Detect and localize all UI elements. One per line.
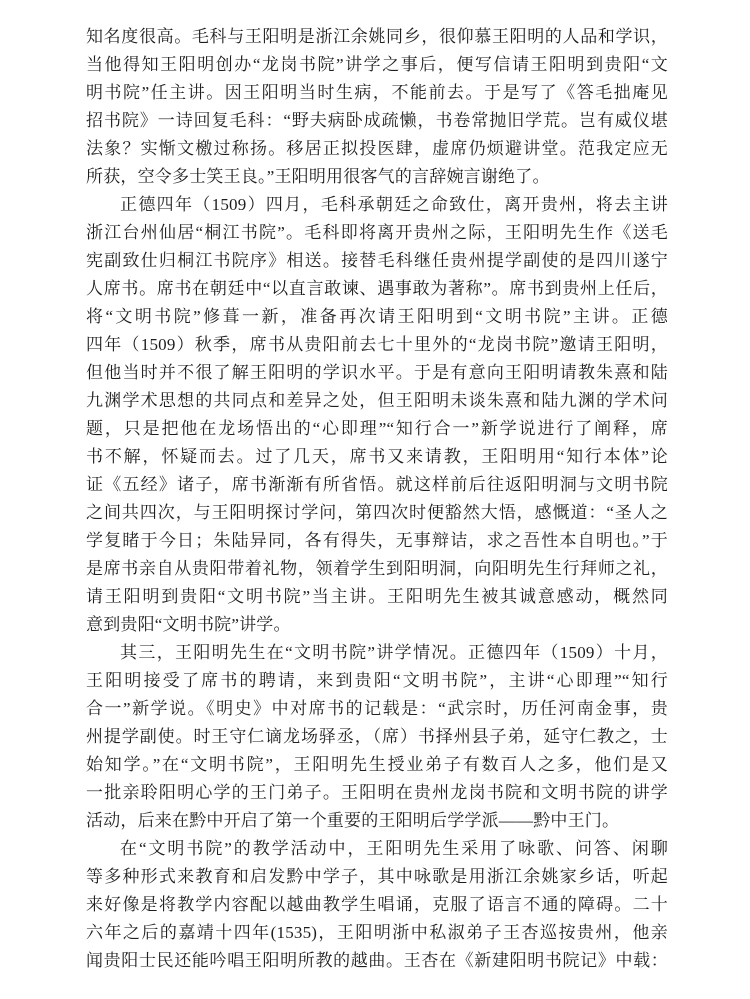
- paragraph: 正德四年（1509）四月，毛科承朝廷之命致仕，离开贵州，将去主讲浙江台州仙居“桐…: [86, 191, 668, 639]
- text-line: 法象？实惭文檄过称扬。移居正拟投医肆，虚席仍烦避讲堂。范我定应无: [86, 135, 668, 163]
- text-line: 正德四年（1509）四月，毛科承朝廷之命致仕，离开贵州，将去主讲: [86, 191, 668, 219]
- text-line: 等多种形式来教育和启发黔中学子，其中咏歌是用浙江余姚家乡话，听起: [86, 863, 668, 891]
- document-page: 知名度很高。毛科与王阳明是浙江余姚同乡，很仰慕王阳明的人品和学识，当他得知王阳明…: [0, 0, 750, 999]
- text-line: 四年（1509）秋季，席书从贵阳前去七十里外的“龙岗书院”邀请王阳明，: [86, 331, 668, 359]
- text-line: 请王阳明到贵阳“文明书院”当主讲。王阳明先生被其诚意感动，概然同: [86, 583, 668, 611]
- paragraph: 其三，王阳明先生在“文明书院”讲学情况。正德四年（1509）十月，王阳明接受了席…: [86, 639, 668, 835]
- text-line: 将“文明书院”修葺一新，准备再次请王阳明到“文明书院”主讲。正德: [86, 303, 668, 331]
- text-line: 活动，后来在黔中开启了第一个重要的王阳明后学学派——黔中王门。: [86, 807, 668, 835]
- text-line: 一批亲聆阳明心学的王门弟子。王阳明在贵州龙岗书院和文明书院的讲学: [86, 779, 668, 807]
- text-line: 九渊学术思想的共同点和差异之处，但王阳明未谈朱熹和陆九渊的学术问: [86, 387, 668, 415]
- text-line: 所获，空令多士笑王良。”王阳明用很客气的言辞婉言谢绝了。: [86, 163, 668, 191]
- text-line: 来好像是将教学内容配以越曲教学生唱诵，克服了语言不通的障碍。二十: [86, 891, 668, 919]
- text-line: 闻贵阳士民还能吟唱王阳明所教的越曲。王杏在《新建阳明书院记》中载：: [86, 947, 668, 975]
- text-line: 浙江台州仙居“桐江书院”。毛科即将离开贵州之际，王阳明先生作《送毛: [86, 219, 668, 247]
- text-line: 王阳明接受了席书的聘请，来到贵阳“文明书院”，主讲“心即理”“知行: [86, 667, 668, 695]
- text-line: 但他当时并不很了解王阳明的学识水平。于是有意向王阳明请教朱熹和陆: [86, 359, 668, 387]
- text-line: 题，只是把他在龙场悟出的“心即理”“知行合一”新学说进行了阐释，席: [86, 415, 668, 443]
- text-line: 学复睹于今日；朱陆异同，各有得失，无事辩诘，求之吾性本自明也。”于: [86, 527, 668, 555]
- text-line: 招书院》一诗回复毛科：“野夫病卧成疏懒，书卷常抛旧学荒。岂有威仪堪: [86, 107, 668, 135]
- text-line: 六年之后的嘉靖十四年(1535)，王阳明浙中私淑弟子王杏巡按贵州，他亲: [86, 919, 668, 947]
- paragraph: 在“文明书院”的教学活动中，王阳明先生采用了咏歌、问答、闲聊等多种形式来教育和启…: [86, 835, 668, 975]
- text-line: 证《五经》诸子，席书渐渐有所省悟。就这样前后往返阳明洞与文明书院: [86, 471, 668, 499]
- text-line: 始知学。”在“文明书院”，王阳明先生授业弟子有数百人之多，他们是又: [86, 751, 668, 779]
- document-body: 知名度很高。毛科与王阳明是浙江余姚同乡，很仰慕王阳明的人品和学识，当他得知王阳明…: [86, 23, 668, 975]
- text-line: 人席书。席书在朝廷中“以直言敢谏、遇事敢为著称”。席书到贵州上任后，: [86, 275, 668, 303]
- text-line: 宪副致仕归桐江书院序》相送。接替毛科继任贵州提学副使的是四川遂宁: [86, 247, 668, 275]
- text-line: 当他得知王阳明创办“龙岗书院”讲学之事后，便写信请王阳明到贵阳“文: [86, 51, 668, 79]
- text-line: 州提学副使。时王守仁谪龙场驿丞，（席）书择州县子弟，延守仁教之，士: [86, 723, 668, 751]
- paragraph: 知名度很高。毛科与王阳明是浙江余姚同乡，很仰慕王阳明的人品和学识，当他得知王阳明…: [86, 23, 668, 191]
- text-line: 书不解，怀疑而去。过了几天，席书又来请教，王阳明用“知行本体”论: [86, 443, 668, 471]
- text-line: 在“文明书院”的教学活动中，王阳明先生采用了咏歌、问答、闲聊: [86, 835, 668, 863]
- text-line: 意到贵阳“文明书院”讲学。: [86, 611, 668, 639]
- text-line: 明书院”任主讲。因王阳明当时生病，不能前去。于是写了《答毛拙庵见: [86, 79, 668, 107]
- text-line: 合一”新学说。《明史》中对席书的记载是：“武宗时，历任河南金事，贵: [86, 695, 668, 723]
- text-line: 是席书亲自从贵阳带着礼物，领着学生到阳明洞，向阳明先生行拜师之礼，: [86, 555, 668, 583]
- text-line: 其三，王阳明先生在“文明书院”讲学情况。正德四年（1509）十月，: [86, 639, 668, 667]
- text-line: 之间共四次，与王阳明探讨学问，第四次时便豁然大悟，感慨道：“圣人之: [86, 499, 668, 527]
- text-line: 知名度很高。毛科与王阳明是浙江余姚同乡，很仰慕王阳明的人品和学识，: [86, 23, 668, 51]
